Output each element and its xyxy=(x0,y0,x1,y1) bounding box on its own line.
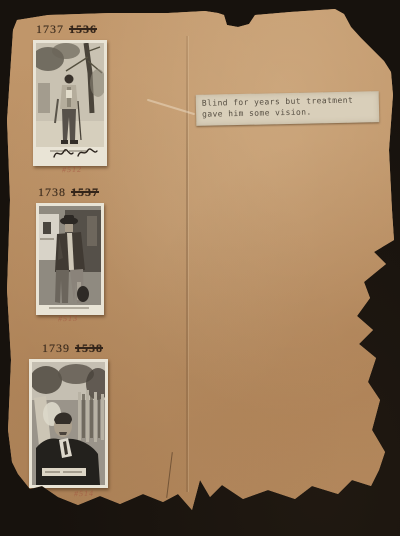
photo-2-note: #513 xyxy=(58,314,78,324)
corner-note-line2: Page 13 xyxy=(315,509,351,522)
photo-1 xyxy=(33,40,107,166)
entry-3-number: 1739 xyxy=(42,341,70,355)
scan-background: 17371536 xyxy=(0,0,400,536)
corner-note-line1: MolMisc xyxy=(314,498,350,511)
entry-1-old-number: 1536 xyxy=(69,22,97,36)
entry-3-old-number: 1538 xyxy=(75,341,103,355)
scrapbook-page: 17371536 xyxy=(0,0,400,536)
signature-scribble xyxy=(51,144,99,164)
fold-crease xyxy=(186,36,188,492)
entry-1-heading: 17371536 xyxy=(36,22,97,37)
photo-2-image xyxy=(39,206,101,312)
entry-2-heading: 17381537 xyxy=(38,185,99,200)
typed-caption-text: Blind for years but treatment gave him s… xyxy=(202,95,374,120)
photo-3 xyxy=(29,359,108,488)
photo-1-note: #512 xyxy=(62,165,82,175)
typed-caption-slip: Blind for years but treatment gave him s… xyxy=(196,91,380,125)
photo-3-image xyxy=(32,362,105,485)
photo-2 xyxy=(36,203,104,315)
photo-3-note: #514 xyxy=(74,489,94,499)
corner-note: MolMisc Page 13 xyxy=(314,498,351,522)
entry-2-number: 1738 xyxy=(38,185,66,199)
paper-tear-crack xyxy=(166,452,173,498)
entry-2-old-number: 1537 xyxy=(71,185,99,199)
entry-1-number: 1737 xyxy=(36,22,64,36)
entry-3-heading: 17391538 xyxy=(42,341,103,356)
